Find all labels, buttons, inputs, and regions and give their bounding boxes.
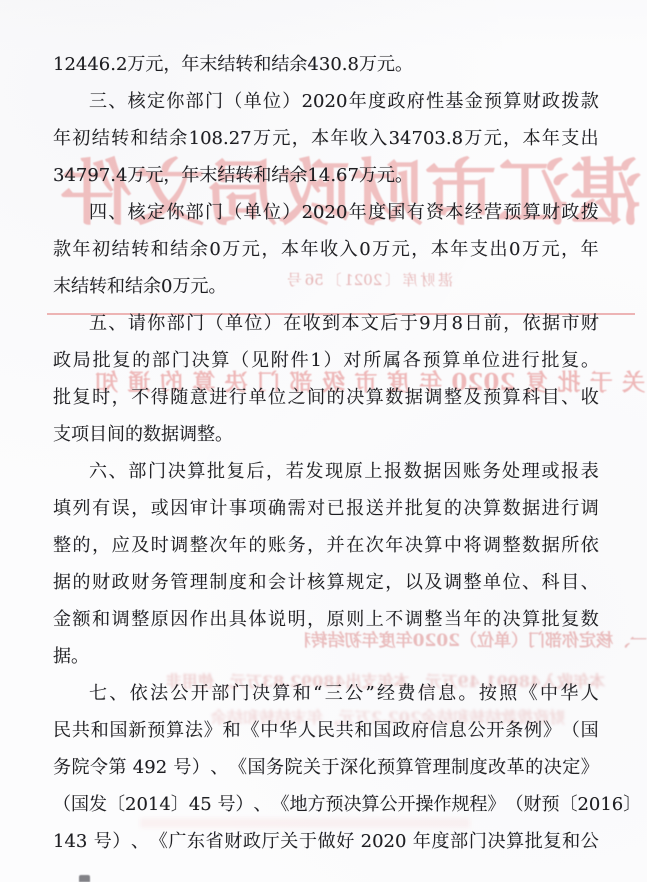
text-line: 143 号）、《广东省财政厅关于做好 2020 年度部门决算批复和公 [53,823,599,860]
bleed-edge-mark: （ [0,466,11,492]
text-line: 年初结转和结余108.27万元，本年收入34703.8万元，本年支出 [53,120,599,157]
text-line: 七、依法公开部门决算和“三公”经费信息。按照《中华人 [53,675,599,712]
text-line: 据的财政财务管理制度和会计核算规定，以及调整单位、科目、 [53,564,599,601]
text-line: 务院令第 492 号）、《国务院关于深化预算管理制度改革的决定》 [53,749,599,786]
text-line: 34797.4万元，年末结转和结余14.67万元。 [53,157,599,194]
text-line: 民共和国新预算法》和《中华人民共和国政府信息公开条例》（国 [53,712,599,749]
text-line: （国发〔2014〕45 号）、《地方预决算公开操作规程》（财预〔2016〕 [53,786,599,823]
text-line: 政局批复的部门决算（见附件1）对所属各预算单位进行批复。 [53,342,599,379]
text-line: 批复时，不得随意进行单位之间的决算数据调整及预算科目、收 [53,379,599,416]
page-number-sliver [79,875,90,882]
text-line: 支项目间的数据调整。 [53,416,599,453]
bleed-edge-mark: 《 [0,520,11,546]
text-line: 五、请你部门（单位）在收到本文后于9月8日前，依据市财 [53,305,599,342]
text-line: 款年初结转和结余0万元，本年收入0万元，本年支出0万元，年 [53,231,599,268]
text-line: 末结转和结余0万元。 [53,268,599,305]
text-line: 三、核定你部门（单位）2020年度政府性基金预算财政拨款 [53,83,599,120]
text-line: 12446.2万元，年末结转和结余430.8万元。 [53,46,599,83]
text-line: 金额和调整原因作出具体说明，原则上不调整当年的决算批复数 [53,601,599,638]
document-body: 12446.2万元，年末结转和结余430.8万元。三、核定你部门（单位）2020… [53,46,599,860]
text-line: 整的，应及时调整次年的账务，并在次年决算中将调整数据所依 [53,527,599,564]
scanned-document-page: 湛江市财政局文件 湛财库〔2021〕56号 关于批复2020年度市级部门决算的通… [0,0,647,882]
text-line: 四、核定你部门（单位）2020年度国有资本经营预算财政拨 [53,194,599,231]
text-line: 填列有误，或因审计事项确需对已报送并批复的决算数据进行调 [53,490,599,527]
text-line: 据。 [53,638,599,675]
text-line: 六、部门决算批复后，若发现原上报数据因账务处理或报表 [53,453,599,490]
